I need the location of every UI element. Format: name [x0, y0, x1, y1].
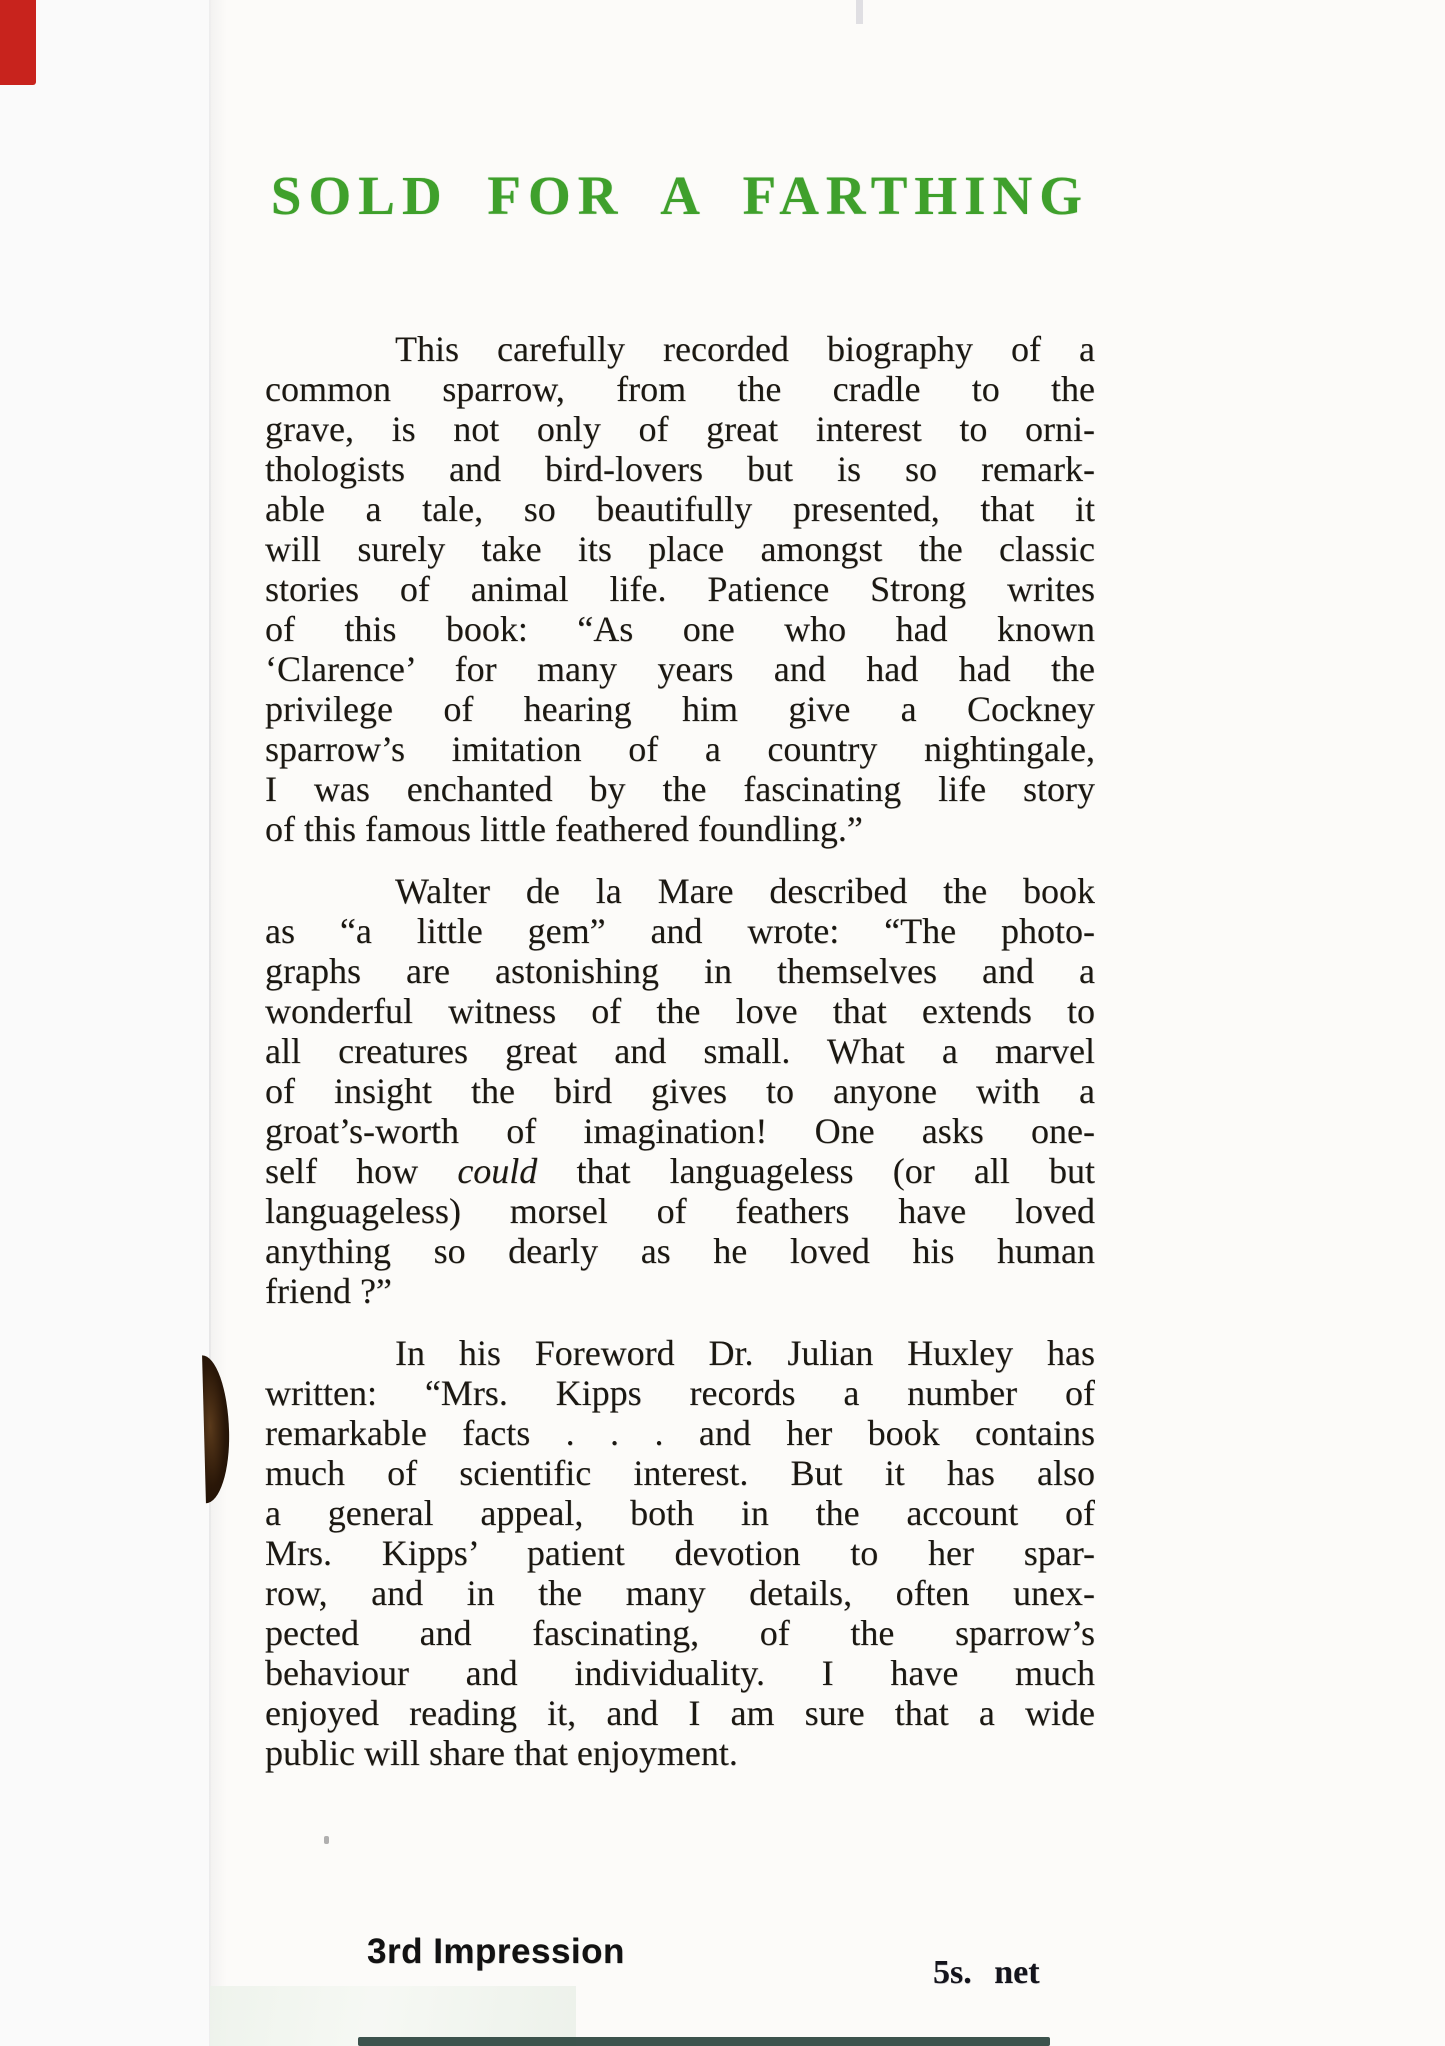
text-line: of this book: “As one who had known [265, 609, 1095, 649]
text-line: Walter de la Mare described the book [265, 871, 1095, 911]
scan-left-backing [0, 0, 210, 2046]
text-line: thologists and bird-lovers but is so rem… [265, 449, 1095, 489]
text-line: common sparrow, from the cradle to the [265, 369, 1095, 409]
text-line: written: “Mrs. Kipps records a number of [265, 1373, 1095, 1413]
text-line: I was enchanted by the fascinating life … [265, 769, 1095, 809]
text-line: remarkable facts . . . and her book cont… [265, 1413, 1095, 1453]
ink-dot [324, 1836, 329, 1844]
text-line: groat’s-worth of imagination! One asks o… [265, 1111, 1095, 1151]
text-line: grave, is not only of great interest to … [265, 409, 1095, 449]
paragraph: Walter de la Mare described the bookas “… [265, 871, 1095, 1311]
impression-note: 3rd Impression [367, 1932, 625, 1972]
text-line: all creatures great and small. What a ma… [265, 1031, 1095, 1071]
text-line: stories of animal life. Patience Strong … [265, 569, 1095, 609]
text-line: row, and in the many details, often unex… [265, 1573, 1095, 1613]
text-line: Mrs. Kipps’ patient devotion to her spar… [265, 1533, 1095, 1573]
text-line: anything so dearly as he loved his human [265, 1231, 1095, 1271]
text-line: privilege of hearing him give a Cockney [265, 689, 1095, 729]
text-line: of this famous little feathered foundlin… [265, 809, 1095, 849]
text-line: behaviour and individuality. I have much [265, 1653, 1095, 1693]
top-scan-mark [856, 0, 863, 24]
text-line: self how could that languageless (or all… [265, 1151, 1095, 1191]
text-line: will surely take its place amongst the c… [265, 529, 1095, 569]
bottom-scan-strip [358, 2037, 1050, 2046]
book-title: SOLD FOR A FARTHING [265, 168, 1095, 223]
text-line: friend ?” [265, 1271, 1095, 1311]
text-line: pected and fascinating, of the sparrow’s [265, 1613, 1095, 1653]
page-fold-shadow [211, 0, 227, 2046]
text-line: public will share that enjoyment. [265, 1733, 1095, 1773]
text-line: able a tale, so beautifully presented, t… [265, 489, 1095, 529]
text-line: wonderful witness of the love that exten… [265, 991, 1095, 1031]
text-line: a general appeal, both in the account of [265, 1493, 1095, 1533]
paragraph: In his Foreword Dr. Julian Huxley haswri… [265, 1333, 1095, 1773]
text-line: This carefully recorded biography of a [265, 329, 1095, 369]
paragraph: This carefully recorded biography of aco… [265, 329, 1095, 849]
book-jacket-flap-page: SOLD FOR A FARTHING This carefully recor… [0, 0, 1445, 2046]
text-line: In his Foreword Dr. Julian Huxley has [265, 1333, 1095, 1373]
text-line: enjoyed reading it, and I am sure that a… [265, 1693, 1095, 1733]
text-line: much of scientific interest. But it has … [265, 1453, 1095, 1493]
text-line: as “a little gem” and wrote: “The photo- [265, 911, 1095, 951]
text-line: ‘Clarence’ for many years and had had th… [265, 649, 1095, 689]
red-scan-mark [0, 0, 36, 85]
text-line: languageless) morsel of feathers have lo… [265, 1191, 1095, 1231]
text-line: of insight the bird gives to anyone with… [265, 1071, 1095, 1111]
text-line: graphs are astonishing in themselves and… [265, 951, 1095, 991]
price-label: 5s. net [933, 1954, 1040, 1992]
text-line: sparrow’s imitation of a country nightin… [265, 729, 1095, 769]
body-text: This carefully recorded biography of aco… [265, 329, 1095, 1773]
